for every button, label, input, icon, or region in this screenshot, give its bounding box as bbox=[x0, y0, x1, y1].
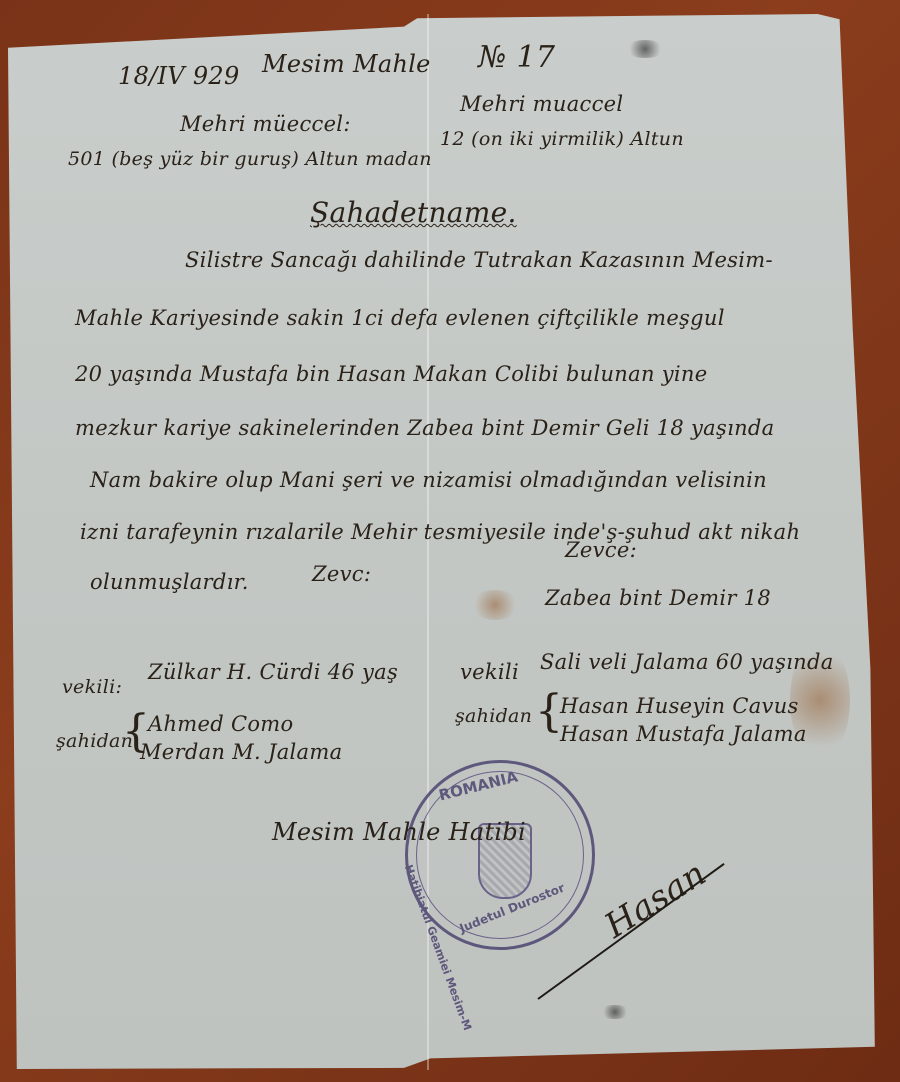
signature-title: Mesim Mahle Hatibi bbox=[272, 818, 526, 846]
wife-agent-label: vekili bbox=[460, 660, 519, 684]
document-date: 18/IV 929 bbox=[118, 62, 240, 90]
stain bbox=[470, 590, 520, 620]
husband-label: Zevc: bbox=[312, 562, 371, 586]
wife-name: Zabea bint Demir 18 bbox=[545, 586, 771, 610]
body-line: Mahle Kariyesinde sakin 1ci defa evlenen… bbox=[75, 306, 725, 330]
document-village: Mesim Mahle bbox=[262, 50, 431, 78]
ink-blot bbox=[600, 1005, 630, 1019]
dowry-deferred-label: Mehri müeccel: bbox=[180, 112, 351, 136]
ink-blot bbox=[625, 40, 665, 58]
document-title: Şahadetname. bbox=[310, 196, 517, 229]
husband-agent-label: vekili: bbox=[62, 676, 122, 698]
document-number: № 17 bbox=[478, 40, 555, 75]
brace-icon: { bbox=[535, 690, 563, 734]
body-line: mezkur kariye sakinelerinden Zabea bint … bbox=[75, 416, 774, 440]
body-line: 20 yaşında Mustafa bin Hasan Makan Colib… bbox=[75, 362, 708, 386]
body-line: Silistre Sancağı dahilinde Tutrakan Kaza… bbox=[185, 248, 773, 272]
husband-agent: Zülkar H. Cürdi 46 yaş bbox=[148, 660, 398, 684]
wife-label: Zevce: bbox=[565, 538, 637, 562]
dowry-deferred-value: 501 (beş yüz bir guruş) Altun madan bbox=[68, 148, 432, 170]
witness-name: Merdan M. Jalama bbox=[140, 740, 342, 764]
body-line: Nam bakire olup Mani şeri ve nizamisi ol… bbox=[90, 468, 767, 492]
witness-name: Hasan Huseyin Cavus bbox=[560, 694, 799, 718]
witness-right-label: şahidan bbox=[455, 705, 532, 727]
body-line: olunmuşlardır. bbox=[90, 570, 249, 594]
wife-agent: Sali veli Jalama 60 yaşında bbox=[540, 650, 834, 674]
dowry-prompt-label: Mehri muaccel bbox=[460, 92, 623, 116]
dowry-prompt-value: 12 (on iki yirmilik) Altun bbox=[440, 128, 684, 150]
body-line: izni tarafeynin rızalarile Mehir tesmiye… bbox=[80, 520, 800, 544]
witness-name: Ahmed Como bbox=[148, 712, 293, 736]
official-stamp: ROMANIA Hatibiatul Geamiei Mesim-M Judet… bbox=[405, 760, 595, 950]
witness-name: Hasan Mustafa Jalama bbox=[560, 722, 807, 746]
